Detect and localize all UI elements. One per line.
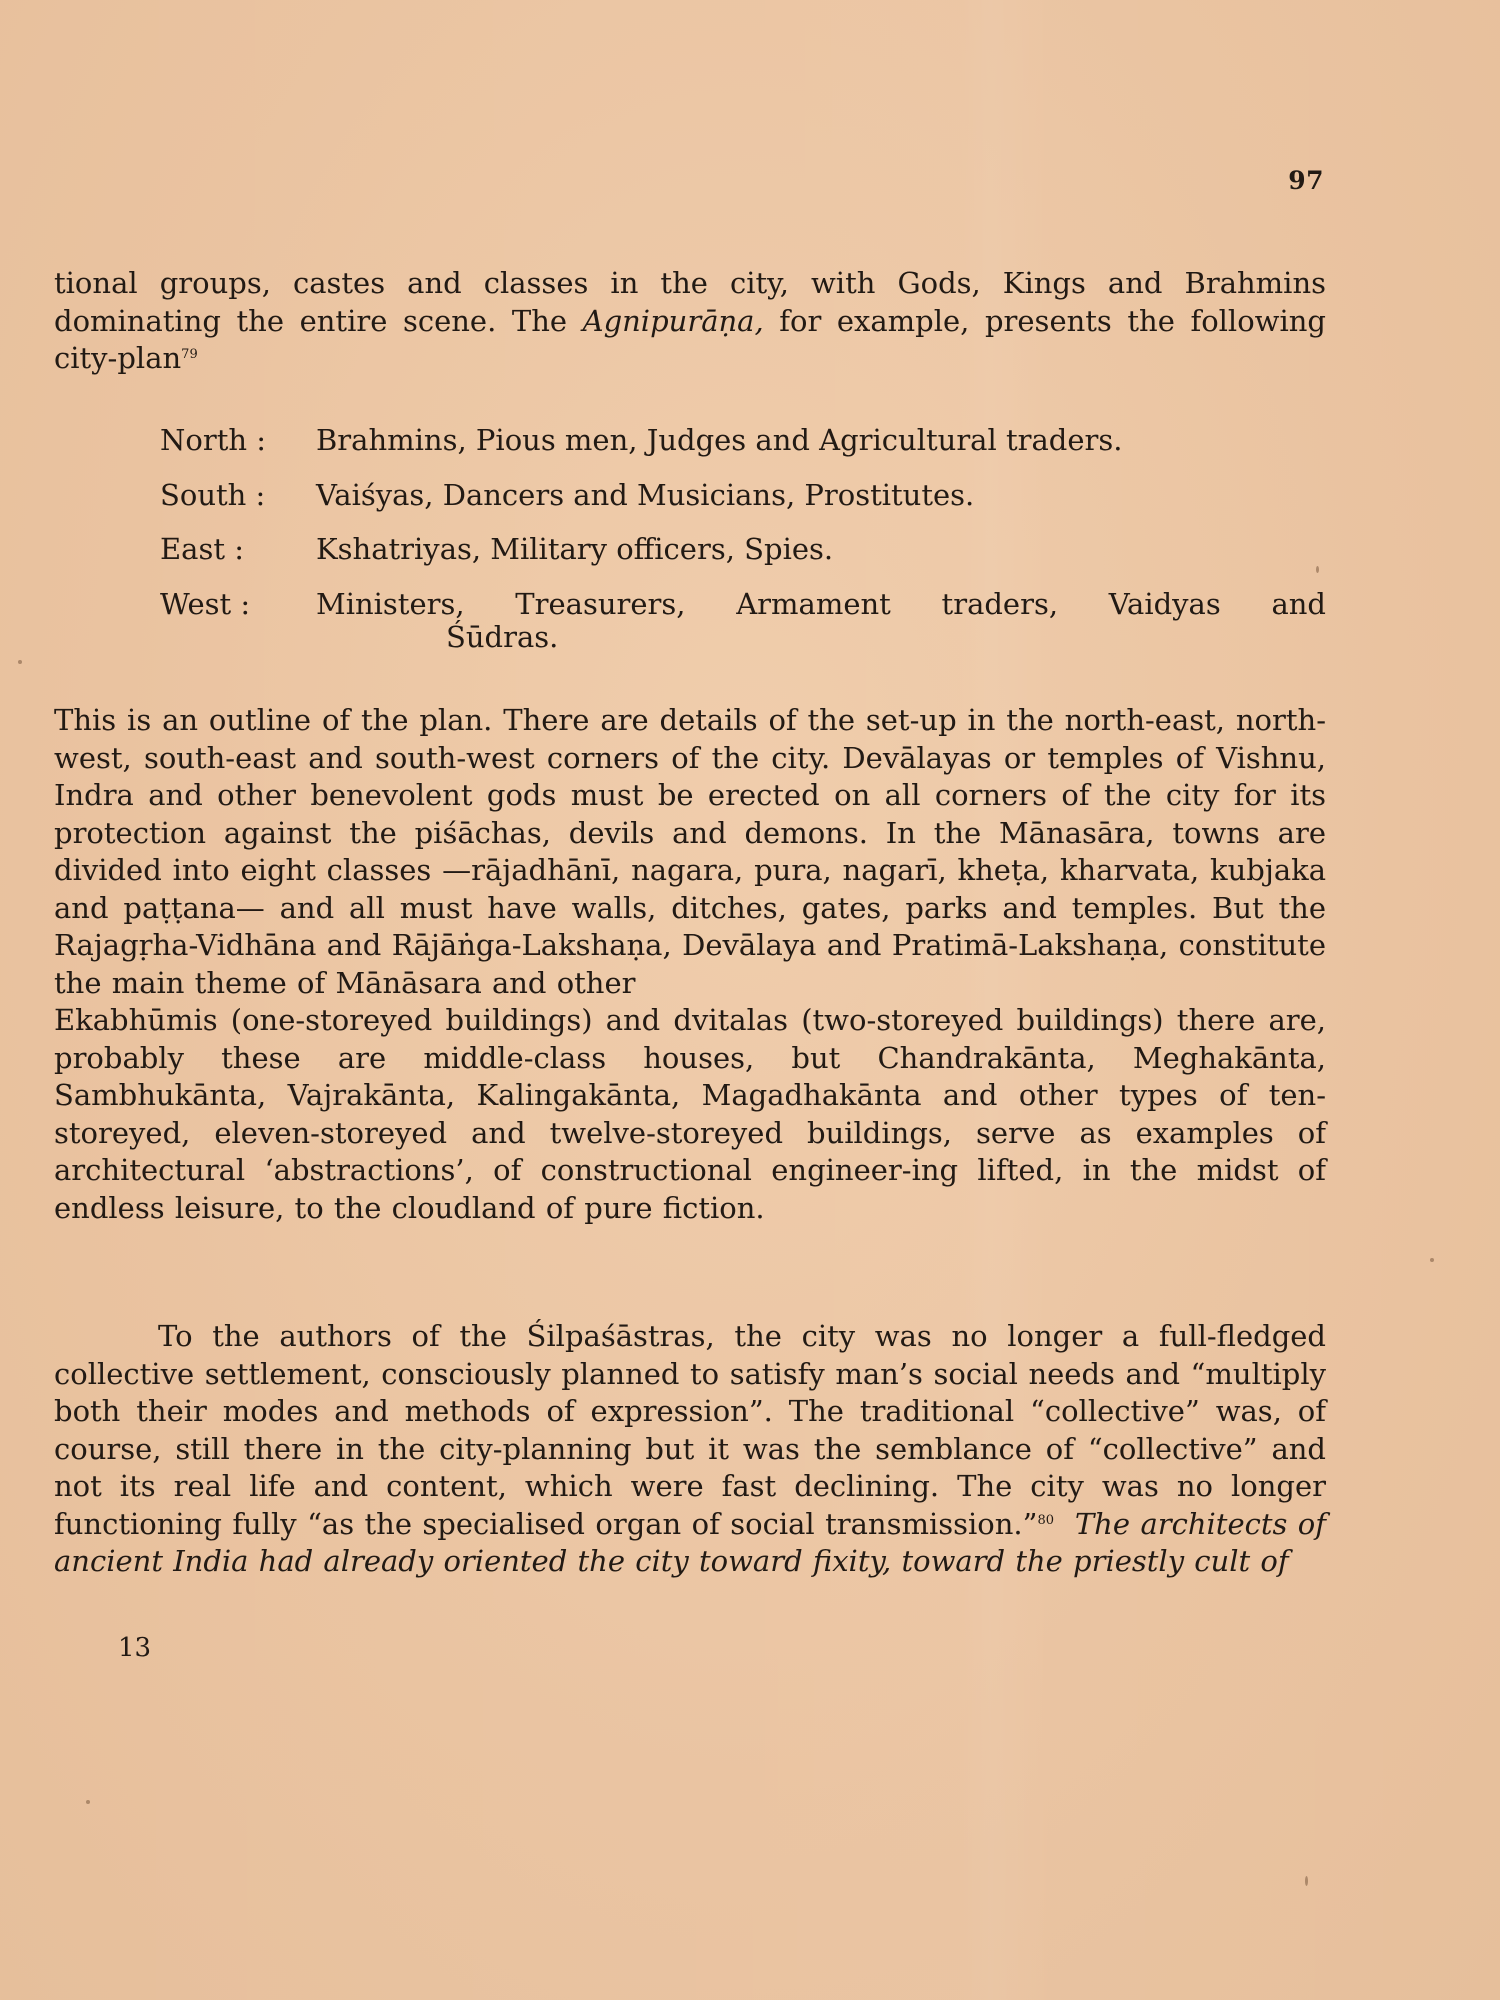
- book-page: 97 tional groups, castes and classes in …: [0, 0, 1500, 2000]
- city-plan-row-south: South : Vaiśyas, Dancers and Musicians, …: [160, 477, 1326, 515]
- body-paragraph-1: This is an outline of the plan. There ar…: [54, 702, 1326, 1227]
- city-plan-row-west: West : Ministers, Treasurers, Armament t…: [160, 586, 1326, 624]
- direction-groups: Vaiśyas, Dancers and Musicians, Prostitu…: [316, 477, 1326, 515]
- paper-speck: [86, 1800, 90, 1804]
- paper-speck: [1316, 566, 1319, 573]
- direction-groups: Kshatriyas, Military officers, Spies.: [316, 531, 1326, 569]
- page-number: 97: [1288, 166, 1324, 195]
- direction-label: North :: [160, 422, 316, 460]
- agnipurana-title: Agnipurāṇa,: [583, 304, 764, 338]
- paper-speck: [18, 660, 22, 664]
- direction-label: West :: [160, 586, 316, 624]
- signature-mark: 13: [118, 1633, 151, 1663]
- direction-groups-continuation: Śūdras.: [160, 619, 1326, 657]
- paragraph-1-continuation: Ekabhūmis (one-storeyed buildings) and d…: [54, 1002, 1326, 1227]
- intro-text: tional groups, castes and classes in the…: [54, 265, 1326, 378]
- direction-label: South :: [160, 477, 316, 515]
- paragraph-1-text: This is an outline of the plan. There ar…: [54, 702, 1326, 1002]
- city-plan-row-east: East : Kshatriyas, Military officers, Sp…: [160, 531, 1326, 569]
- direction-groups: Brahmins, Pious men, Judges and Agricult…: [316, 422, 1326, 460]
- paper-speck: [1430, 1258, 1434, 1262]
- paper-speck: [1305, 1876, 1308, 1886]
- city-plan-list: North : Brahmins, Pious men, Judges and …: [160, 422, 1326, 657]
- body-paragraph-2: To the authors of the Śilpaśāstras, the …: [54, 1318, 1326, 1581]
- footnote-ref-79: 79: [181, 347, 198, 362]
- paragraph-2-text: To the authors of the Śilpaśāstras, the …: [54, 1318, 1326, 1581]
- direction-label: East :: [160, 531, 316, 569]
- city-plan-row-north: North : Brahmins, Pious men, Judges and …: [160, 422, 1326, 460]
- intro-paragraph: tional groups, castes and classes in the…: [54, 265, 1326, 378]
- footnote-ref-80: 80: [1037, 1513, 1054, 1528]
- direction-groups: Ministers, Treasurers, Armament traders,…: [316, 586, 1326, 624]
